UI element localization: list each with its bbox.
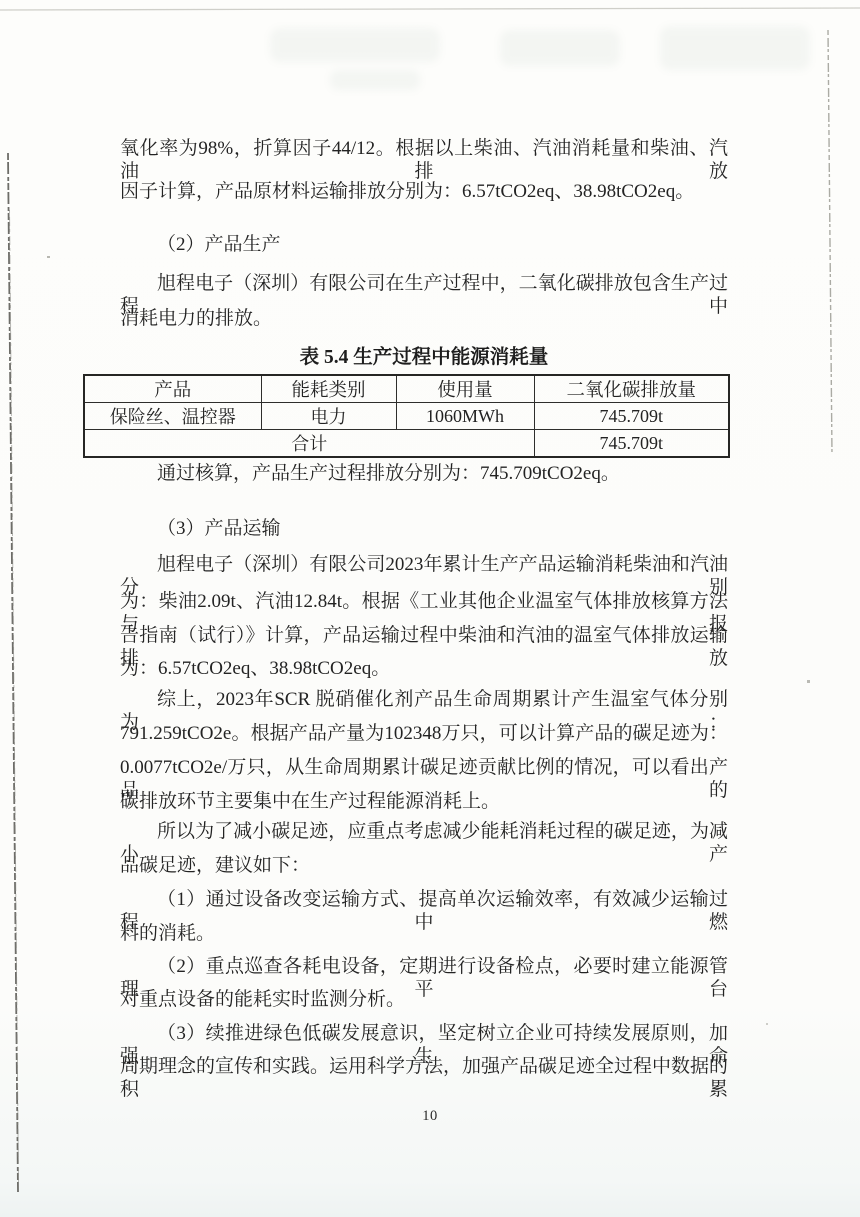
text-line: 通过核算，产品生产过程排放分别为：745.709tCO2eq。 <box>120 462 728 486</box>
text-line: 氧化率为98%，折算因子44/12。根据以上柴油、汽油消耗量和柴油、汽油排放 <box>120 137 728 161</box>
cell-emission: 745.709t <box>534 403 729 430</box>
text-line: 料的消耗。 <box>120 922 728 946</box>
scan-artifact-left-line-2 <box>10 210 19 1185</box>
cell-product: 保险丝、温控器 <box>84 403 261 430</box>
text-line: 旭程电子（深圳）有限公司在生产过程中，二氧化碳排放包含生产过程中 <box>120 272 728 296</box>
text-line: 综上，2023年SCR 脱硝催化剂产品生命周期累计产生温室气体分别为： <box>120 688 728 712</box>
scan-speck <box>807 680 810 683</box>
table-header-emission: 二氧化碳排放量 <box>534 375 729 403</box>
text-line: 对重点设备的能耗实时监测分析。 <box>120 988 728 1012</box>
table-header-usage: 使用量 <box>396 375 534 403</box>
text-line: 告指南（试行）》计算，产品运输过程中柴油和汽油的温室气体排放运输排放 <box>120 624 728 648</box>
scan-artifact-left-line <box>8 153 18 1192</box>
text-line: 周期理念的宣传和实践。运用科学方法，加强产品碳足迹全过程中数据的积累 <box>120 1055 728 1079</box>
text-line: 791.259tCO2e。根据产品产量为102348万只，可以计算产品的碳足迹为… <box>120 722 728 746</box>
heading-product-transport: （3）产品运输 <box>120 517 728 541</box>
cell-total-label: 合计 <box>84 430 534 458</box>
text-line: 0.0077tCO2e/万只，从生命周期累计碳足迹贡献比例的情况，可以看出产品的 <box>120 756 728 780</box>
energy-consumption-table: 产品 能耗类别 使用量 二氧化碳排放量 保险丝、温控器 电力 1060MWh 7… <box>83 374 728 458</box>
text-line: 碳排放环节主要集中在生产过程能源消耗上。 <box>120 790 728 814</box>
document-page: 氧化率为98%，折算因子44/12。根据以上柴油、汽油消耗量和柴油、汽油排放 因… <box>0 0 860 1217</box>
text-line: 消耗电力的排放。 <box>120 307 728 331</box>
table-header-type: 能耗类别 <box>261 375 396 403</box>
page-number: 10 <box>0 1108 860 1125</box>
table-total-row: 合计 745.709t <box>84 430 729 458</box>
text-line: 因子计算，产品原材料运输排放分别为：6.57tCO2eq、38.98tCO2eq… <box>120 180 728 204</box>
text-line: （1）通过设备改变运输方式、提高单次运输效率，有效减少运输过程中燃 <box>120 888 728 912</box>
scan-speck <box>766 1023 768 1025</box>
cell-type: 电力 <box>261 403 396 430</box>
scan-artifact-top-line <box>0 8 860 10</box>
text-line: 为：6.57tCO2eq、38.98tCO2eq。 <box>120 657 728 681</box>
bleed-through-ghost <box>270 26 810 90</box>
text-line: 为：柴油2.09t、汽油12.84t。根据《工业其他企业温室气体排放核算方法与报 <box>120 590 728 614</box>
scan-speck <box>47 256 50 258</box>
text-line: （2）重点巡查各耗电设备，定期进行设备检点，必要时建立能源管理平台 <box>120 955 728 979</box>
text-line: （3）续推进绿色低碳发展意识，坚定树立企业可持续发展原则，加强生命 <box>120 1022 728 1046</box>
heading-product-production: （2）产品生产 <box>120 233 728 257</box>
text-line: 旭程电子（深圳）有限公司2023年累计生产产品运输消耗柴油和汽油分别 <box>120 553 728 577</box>
text-line: 所以为了减小碳足迹，应重点考虑减少能耗消耗过程的碳足迹，为减小产 <box>120 820 728 844</box>
table-header-product: 产品 <box>84 375 261 403</box>
scan-artifact-right-line <box>828 30 832 455</box>
table-caption: 表 5.4 生产过程中能源消耗量 <box>120 341 728 369</box>
cell-usage: 1060MWh <box>396 403 534 430</box>
cell-total-value: 745.709t <box>534 430 729 458</box>
text-line: 品碳足迹，建议如下： <box>120 854 728 878</box>
table-row: 保险丝、温控器 电力 1060MWh 745.709t <box>84 403 729 430</box>
